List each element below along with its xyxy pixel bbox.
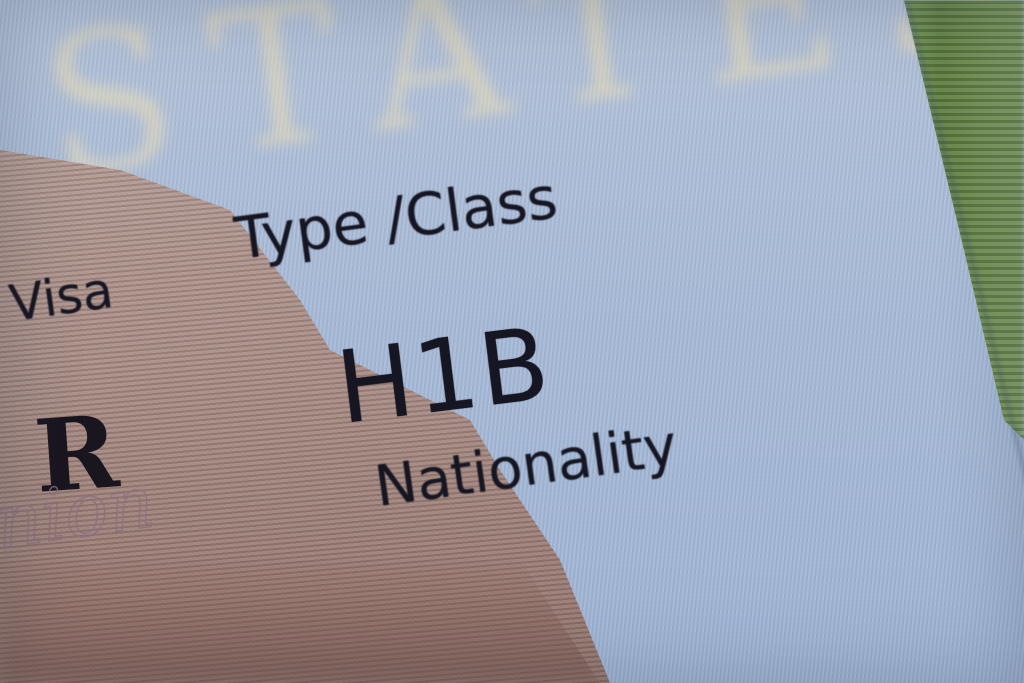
visa-photo: STATES Visa Type /Class Visa Type /Class… [0,0,1024,683]
tan-blurred-foreground [0,560,600,683]
